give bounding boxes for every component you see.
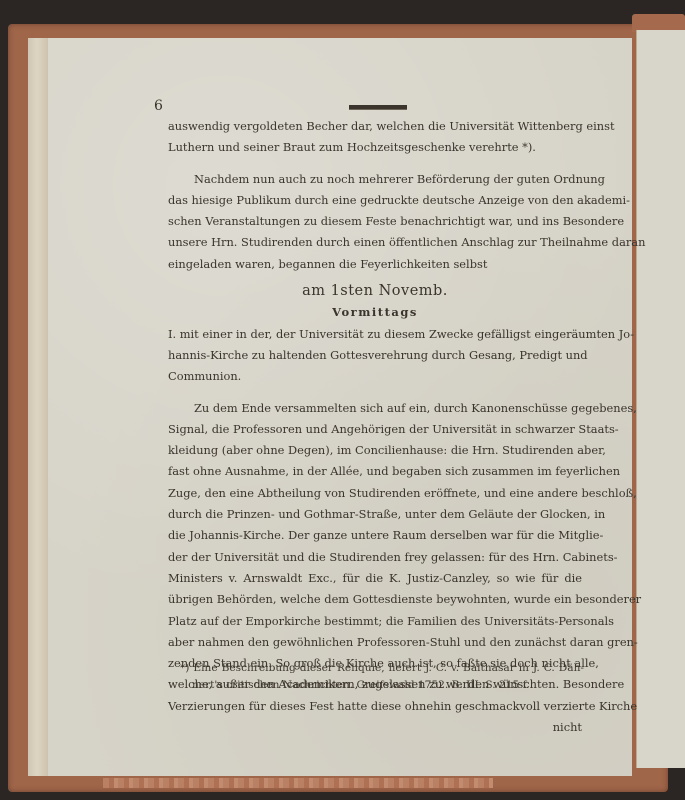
text-line: auswendig vergoldeten Becher dar, welche… (168, 116, 582, 137)
text-line: schen Veranstaltungen zu diesem Feste be… (168, 211, 582, 232)
text-line: durch die Prinzen- und Gothmar-Straße, u… (168, 504, 582, 525)
text-line: Nachdem nun auch zu noch mehrerer Beförd… (168, 169, 582, 190)
text-line: Luthern und seiner Braut zum Hochzeitsge… (168, 137, 582, 158)
page-number: 6 (154, 96, 163, 117)
text-line: der der Universität und die Studirenden … (168, 547, 582, 568)
item-1: I. mit einer in der, der Universität zu … (168, 324, 582, 388)
paragraph-1: Nachdem nun auch zu noch mehrerer Beförd… (168, 169, 582, 275)
header-rule (349, 105, 407, 110)
text-line: übrigen Behörden, welche dem Gottesdiens… (168, 589, 582, 610)
text-line: Communion. (168, 366, 582, 387)
text-line: Verzierungen für dieses Fest hatte diese… (168, 696, 582, 717)
footnote-line: *) Eine Beschreibung dieser Reliquie, li… (180, 660, 584, 677)
footnote-line: nert's critischen Nachrichten. Greifswal… (180, 677, 584, 694)
text-line: Zuge, den eine Abtheilung von Studirende… (168, 483, 582, 504)
page-header: 6 (168, 96, 582, 116)
page-text: 6 auswendig vergoldeten Becher dar, welc… (168, 96, 582, 738)
text-line: das hiesige Publikum durch eine gedruckt… (168, 190, 582, 211)
text-line: kleidung (aber ohne Degen), im Concilien… (168, 440, 582, 461)
text-line: Zu dem Ende versammelten sich auf ein, d… (168, 398, 582, 419)
continuation-text: auswendig vergoldeten Becher dar, welche… (168, 116, 582, 159)
adjacent-page (636, 30, 685, 768)
text-line: Signal, die Professoren und Angehörigen … (168, 419, 582, 440)
text-line: unsere Hrn. Studirenden durch einen öffe… (168, 232, 582, 253)
text-line: Ministers v. Arnswaldt Exc., für die K. … (168, 568, 582, 589)
cover-marbled-edge (103, 778, 493, 788)
date-heading: am 1sten Novemb. (168, 281, 582, 302)
catchword: nicht (168, 717, 582, 738)
text-line: aber nahmen den gewöhnlichen Professoren… (168, 632, 582, 653)
text-line: fast ohne Ausnahme, in der Allée, und be… (168, 461, 582, 482)
text-line: I. mit einer in der, der Universität zu … (168, 324, 582, 345)
text-line: Platz auf der Emporkirche bestimmt; die … (168, 611, 582, 632)
text-line: die Johannis-Kirche. Der ganze untere Ra… (168, 525, 582, 546)
footnote: *) Eine Beschreibung dieser Reliquie, li… (180, 660, 584, 694)
time-heading: Vormittags (168, 302, 582, 323)
text-line: eingeladen waren, begannen die Feyerlich… (168, 254, 582, 275)
text-line: hannis-Kirche zu haltenden Gottesverehru… (168, 345, 582, 366)
